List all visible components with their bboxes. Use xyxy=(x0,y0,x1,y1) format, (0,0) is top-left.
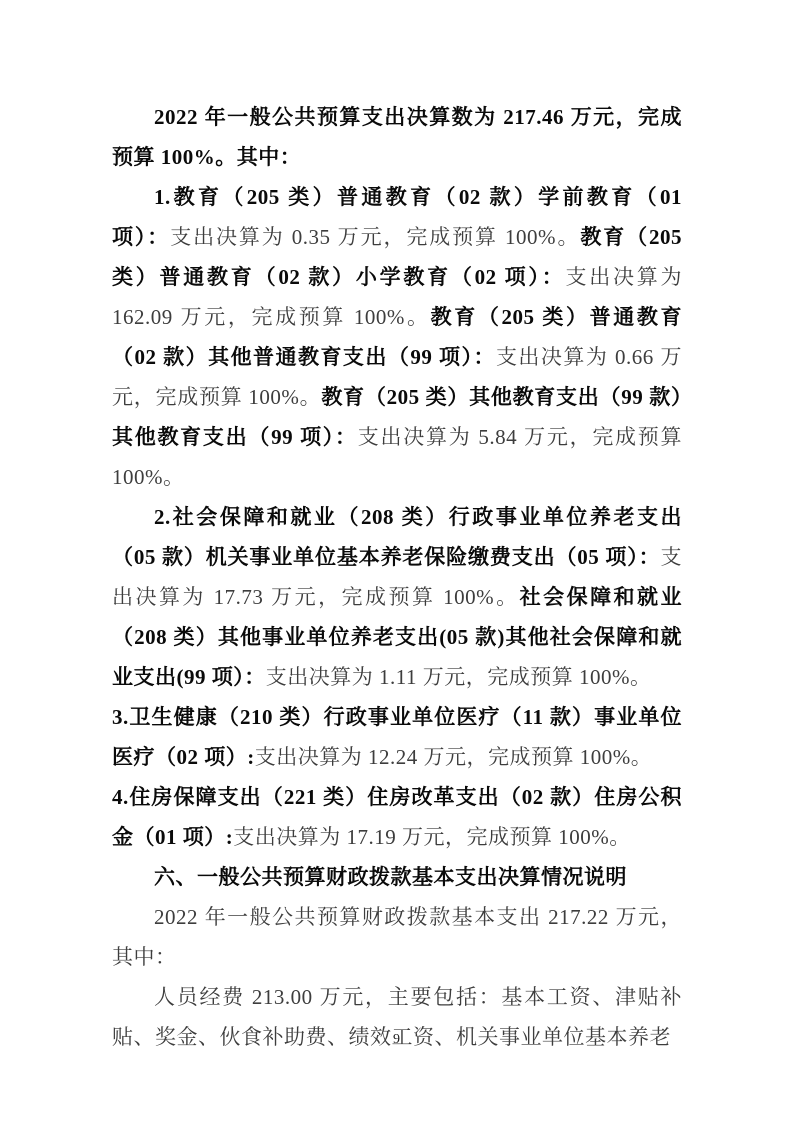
emphasis-text: 2022 年一般公共预算支出决算数为 217.46 万元，完成预算 100%。其… xyxy=(112,105,682,169)
paragraph: 4.住房保障支出（221 类）住房改革支出（02 款）住房公积金（01 项）:支… xyxy=(112,777,682,857)
body-text: 支出决算为 1.11 万元，完成预算 100%。 xyxy=(266,665,652,689)
paragraph: 3.卫生健康（210 类）行政事业单位医疗（11 款）事业单位医疗（02 项）:… xyxy=(112,697,682,777)
body-text: 支出决算为 17.19 万元，完成预算 100%。 xyxy=(233,825,631,849)
paragraph: 2.社会保障和就业（208 类）行政事业单位养老支出（05 款）机关事业单位基本… xyxy=(112,497,682,697)
emphasis-text: 2.社会保障和就业（208 类）行政事业单位养老支出（05 款）机关事业单位基本… xyxy=(112,505,682,569)
body-text: 支出决算为 12.24 万元，完成预算 100%。 xyxy=(255,745,653,769)
section-heading: 六、一般公共预算财政拨款基本支出决算情况说明 xyxy=(112,857,682,897)
page-number: 9 xyxy=(0,1032,793,1048)
paragraph: 2022 年一般公共预算支出决算数为 217.46 万元，完成预算 100%。其… xyxy=(112,97,682,177)
body-text: 支出决算为 0.35 万元，完成预算 100%。 xyxy=(170,225,580,249)
paragraph: 2022 年一般公共预算财政拨款基本支出 217.22 万元，其中： xyxy=(112,897,682,977)
emphasis-text: 六、一般公共预算财政拨款基本支出决算情况说明 xyxy=(154,865,627,889)
body-text: 2022 年一般公共预算财政拨款基本支出 217.22 万元，其中： xyxy=(112,905,682,969)
document-page: 2022 年一般公共预算支出决算数为 217.46 万元，完成预算 100%。其… xyxy=(0,0,793,1122)
document-body: 2022 年一般公共预算支出决算数为 217.46 万元，完成预算 100%。其… xyxy=(112,97,682,1057)
paragraph: 1.教育（205 类）普通教育（02 款）学前教育（01 项）：支出决算为 0.… xyxy=(112,177,682,497)
